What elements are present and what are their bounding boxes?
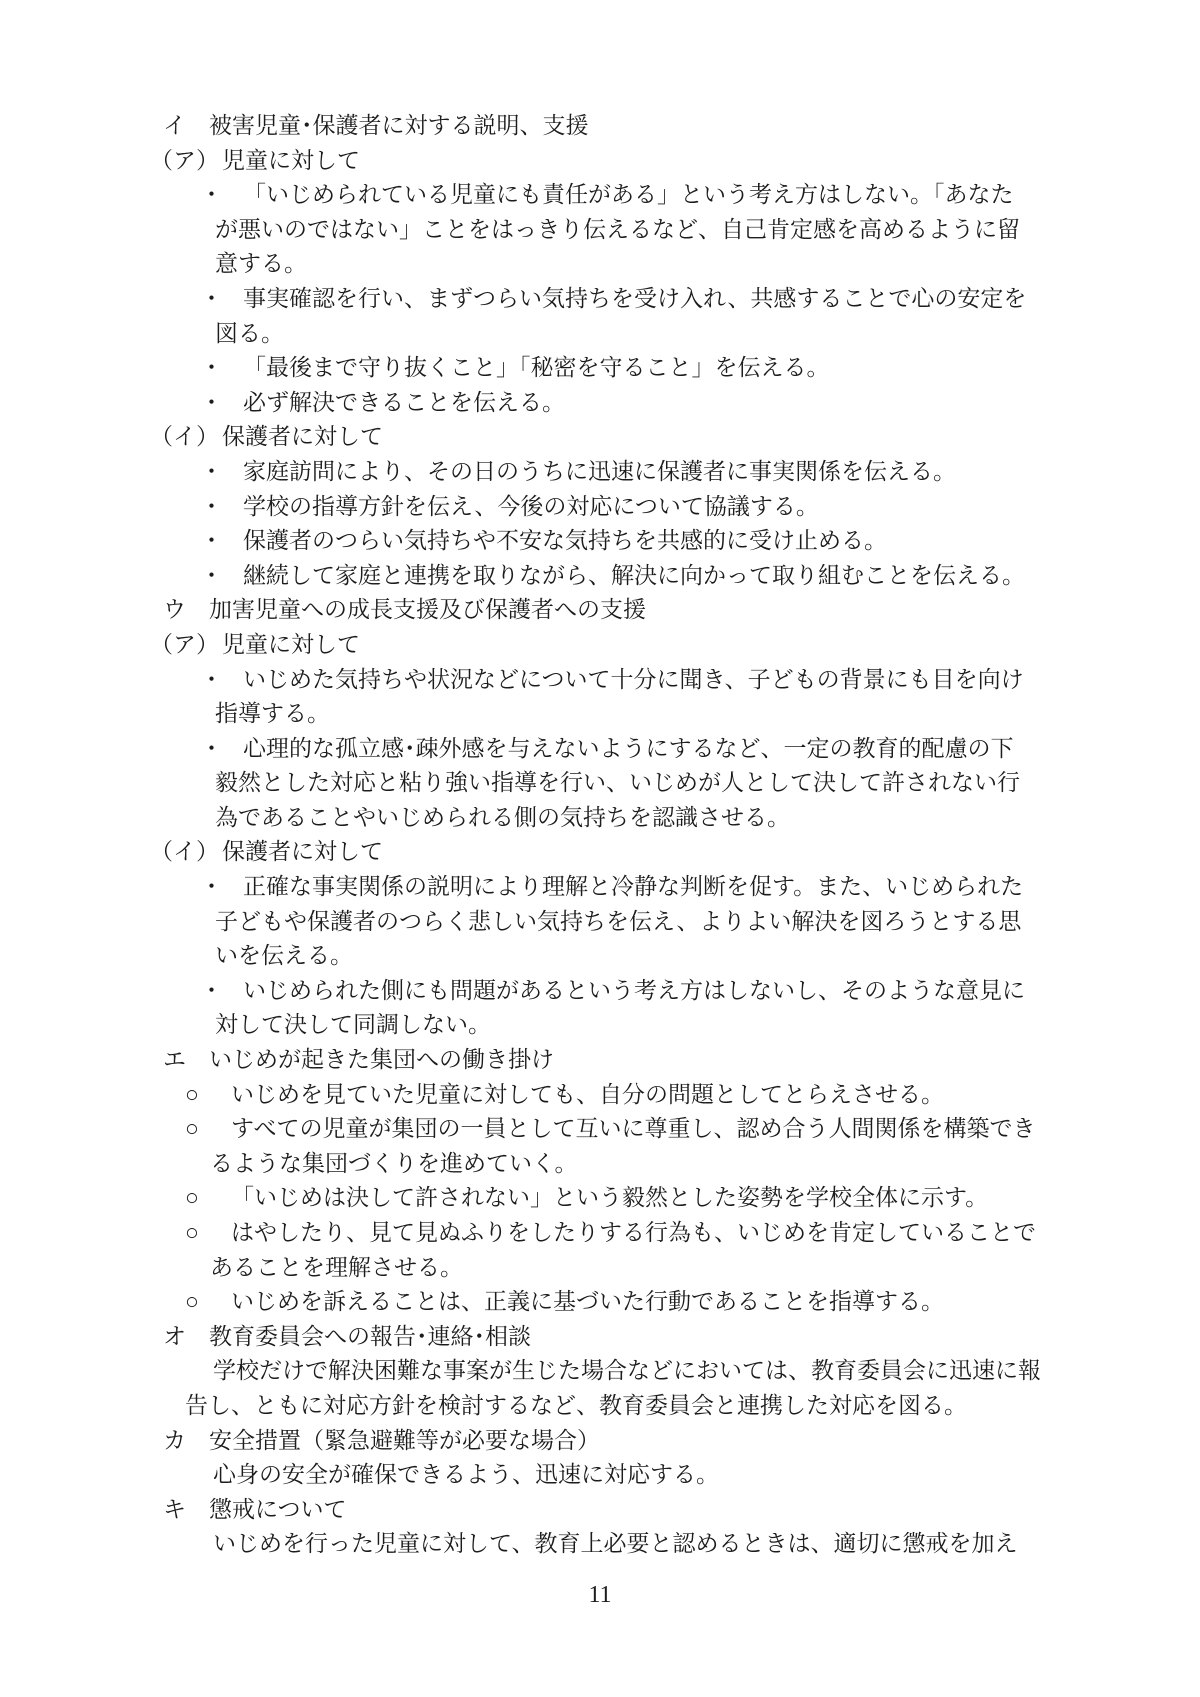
text-line: オ教育委員会への報告･連絡･相談 xyxy=(0,1320,1200,1355)
line-text: いじめが起きた集団への働き掛け xyxy=(209,1047,554,1072)
line-text: 家庭訪問により、その日のうちに迅速に保護者に事実関係を伝える。 xyxy=(243,459,956,484)
text-line: ○すべての児童が集団の一員として互いに尊重し、認め合う人間関係を構築でき xyxy=(0,1112,1200,1147)
line-text: るような集団づくりを進めていく。 xyxy=(210,1151,578,1176)
list-marker: ・ xyxy=(200,870,243,905)
list-marker: ○ xyxy=(185,1078,231,1113)
text-line: イ被害児童･保護者に対する説明、支援 xyxy=(0,109,1200,144)
text-line: 学校だけで解決困難な事案が生じた場合などにおいては、教育委員会に迅速に報 xyxy=(0,1354,1200,1389)
list-marker: ・ xyxy=(200,974,243,1009)
line-text: 学校の指導方針を伝え、今後の対応について協議する。 xyxy=(243,494,819,519)
text-line: ・保護者のつらい気持ちや不安な気持ちを共感的に受け止める。 xyxy=(0,524,1200,559)
list-marker: ○ xyxy=(185,1216,231,1251)
line-text: 学校だけで解決困難な事案が生じた場合などにおいては、教育委員会に迅速に報 xyxy=(213,1358,1041,1383)
line-text: いじめを見ていた児童に対しても、自分の問題としてとらえさせる。 xyxy=(231,1082,944,1107)
line-text: 意する。 xyxy=(215,251,307,276)
text-line: が悪いのではない」ことをはっきり伝えるなど、自己肯定感を高めるように留 xyxy=(0,213,1200,248)
text-line: 意する。 xyxy=(0,247,1200,282)
line-text: が悪いのではない」ことをはっきり伝えるなど、自己肯定感を高めるように留 xyxy=(215,217,1020,242)
text-line: ・必ず解決できることを伝える。 xyxy=(0,386,1200,421)
line-text: 「いじめは決して許されない」という毅然とした姿勢を学校全体に示す。 xyxy=(231,1185,988,1210)
text-line: ・「最後まで守り抜くこと」「秘密を守ること」を伝える。 xyxy=(0,351,1200,386)
text-line: ○いじめを見ていた児童に対しても、自分の問題としてとらえさせる。 xyxy=(0,1078,1200,1113)
list-marker: ・ xyxy=(200,178,243,213)
line-text: 事実確認を行い、まずつらい気持ちを受け入れ、共感することで心の安定を xyxy=(243,286,1026,311)
line-text: 教育委員会への報告･連絡･相談 xyxy=(209,1324,531,1349)
list-marker: （ア） xyxy=(150,144,219,179)
list-marker: （イ） xyxy=(150,420,219,455)
text-line: 図る。 xyxy=(0,317,1200,352)
line-text: はやしたり、見て見ぬふりをしたりする行為も、いじめを肯定していることで xyxy=(231,1220,1036,1245)
list-marker: ・ xyxy=(200,455,243,490)
line-text: 継続して家庭と連携を取りながら、解決に向かって取り組むことを伝える。 xyxy=(243,563,1025,588)
document-body: イ被害児童･保護者に対する説明、支援（ア）児童に対して・「いじめられている児童に… xyxy=(0,109,1200,1562)
text-line: ○「いじめは決して許されない」という毅然とした姿勢を学校全体に示す。 xyxy=(0,1181,1200,1216)
line-text: いじめた気持ちや状況などについて十分に聞き、子どもの背景にも目を向け xyxy=(243,667,1024,692)
text-line: （イ）保護者に対して xyxy=(0,420,1200,455)
text-line: ウ加害児童への成長支援及び保護者への支援 xyxy=(0,593,1200,628)
line-text: 児童に対して xyxy=(222,632,360,657)
line-text: 懲戒について xyxy=(209,1497,347,1522)
list-marker: イ xyxy=(163,109,209,144)
line-text: 告し、ともに対応方針を検討するなど、教育委員会と連携した対応を図る。 xyxy=(185,1393,967,1418)
line-text: 保護者に対して xyxy=(222,839,383,864)
line-text: 被害児童･保護者に対する説明、支援 xyxy=(209,113,589,138)
text-line: ○いじめを訴えることは、正義に基づいた行動であることを指導する。 xyxy=(0,1285,1200,1320)
text-line: 告し、ともに対応方針を検討するなど、教育委員会と連携した対応を図る。 xyxy=(0,1389,1200,1424)
line-text: いじめられた側にも問題があるという考え方はしないし、そのような意見に xyxy=(243,978,1025,1003)
text-line: るような集団づくりを進めていく。 xyxy=(0,1147,1200,1182)
list-marker: カ xyxy=(163,1424,209,1459)
list-marker: （ア） xyxy=(150,628,219,663)
document-page: イ被害児童･保護者に対する説明、支援（ア）児童に対して・「いじめられている児童に… xyxy=(0,0,1200,1697)
list-marker: ・ xyxy=(200,663,243,698)
text-line: ・いじめられた側にも問題があるという考え方はしないし、そのような意見に xyxy=(0,974,1200,1009)
line-text: 為であることやいじめられる側の気持ちを認識させる。 xyxy=(215,805,790,830)
list-marker: ○ xyxy=(185,1112,231,1147)
line-text: いじめを行った児童に対して、教育上必要と認めるときは、適切に懲戒を加え xyxy=(213,1531,1018,1556)
text-line: 子どもや保護者のつらく悲しい気持ちを伝え、よりよい解決を図ろうとする思 xyxy=(0,905,1200,940)
text-line: 心身の安全が確保できるよう、迅速に対応する。 xyxy=(0,1458,1200,1493)
page-number: 11 xyxy=(0,1580,1200,1610)
line-text: 「いじめられている児童にも責任がある」という考え方はしない。「あなた xyxy=(243,182,1014,207)
list-marker: ・ xyxy=(200,490,243,525)
line-text: 安全措置（緊急避難等が必要な場合） xyxy=(209,1428,600,1453)
list-marker: キ xyxy=(163,1493,209,1528)
line-text: いじめを訴えることは、正義に基づいた行動であることを指導する。 xyxy=(231,1289,944,1314)
text-line: キ懲戒について xyxy=(0,1493,1200,1528)
line-text: 正確な事実関係の説明により理解と冷静な判断を促す。また、いじめられた xyxy=(243,874,1023,899)
text-line: ・学校の指導方針を伝え、今後の対応について協議する。 xyxy=(0,490,1200,525)
text-line: 対して決して同調しない。 xyxy=(0,1008,1200,1043)
line-text: 心身の安全が確保できるよう、迅速に対応する。 xyxy=(213,1462,719,1487)
text-line: ・正確な事実関係の説明により理解と冷静な判断を促す。また、いじめられた xyxy=(0,870,1200,905)
line-text: 指導する。 xyxy=(215,701,330,726)
text-line: ・いじめた気持ちや状況などについて十分に聞き、子どもの背景にも目を向け xyxy=(0,663,1200,698)
line-text: 心理的な孤立感･疎外感を与えないようにするなど、一定の教育的配慮の下 xyxy=(243,736,1014,761)
line-text: 対して決して同調しない。 xyxy=(215,1012,491,1037)
list-marker: エ xyxy=(163,1043,209,1078)
line-text: すべての児童が集団の一員として互いに尊重し、認め合う人間関係を構築でき xyxy=(231,1116,1036,1141)
line-text: 児童に対して xyxy=(222,148,360,173)
text-line: ・家庭訪問により、その日のうちに迅速に保護者に事実関係を伝える。 xyxy=(0,455,1200,490)
list-marker: ウ xyxy=(163,593,209,628)
list-marker: ・ xyxy=(200,351,243,386)
line-text: 加害児童への成長支援及び保護者への支援 xyxy=(209,597,646,622)
text-line: ・「いじめられている児童にも責任がある」という考え方はしない。「あなた xyxy=(0,178,1200,213)
text-line: いを伝える。 xyxy=(0,939,1200,974)
list-marker: （イ） xyxy=(150,835,219,870)
list-marker: ・ xyxy=(200,559,243,594)
text-line: 毅然とした対応と粘り強い指導を行い、いじめが人として決して許されない行 xyxy=(0,766,1200,801)
line-text: あることを理解させる。 xyxy=(210,1255,463,1280)
line-text: 保護者に対して xyxy=(222,424,383,449)
line-text: 保護者のつらい気持ちや不安な気持ちを共感的に受け止める。 xyxy=(243,528,887,553)
line-text: 「最後まで守り抜くこと」「秘密を守ること」を伝える。 xyxy=(243,355,830,380)
text-line: （ア）児童に対して xyxy=(0,144,1200,179)
text-line: ○はやしたり、見て見ぬふりをしたりする行為も、いじめを肯定していることで xyxy=(0,1216,1200,1251)
list-marker: ・ xyxy=(200,282,243,317)
list-marker: ○ xyxy=(185,1181,231,1216)
list-marker: ・ xyxy=(200,732,243,767)
line-text: 図る。 xyxy=(215,321,284,346)
list-marker: オ xyxy=(163,1320,209,1355)
text-line: （ア）児童に対して xyxy=(0,628,1200,663)
line-text: 毅然とした対応と粘り強い指導を行い、いじめが人として決して許されない行 xyxy=(215,770,1020,795)
text-line: いじめを行った児童に対して、教育上必要と認めるときは、適切に懲戒を加え xyxy=(0,1527,1200,1562)
text-line: カ安全措置（緊急避難等が必要な場合） xyxy=(0,1424,1200,1459)
text-line: ・心理的な孤立感･疎外感を与えないようにするなど、一定の教育的配慮の下 xyxy=(0,732,1200,767)
list-marker: ・ xyxy=(200,524,243,559)
text-line: エいじめが起きた集団への働き掛け xyxy=(0,1043,1200,1078)
text-line: （イ）保護者に対して xyxy=(0,835,1200,870)
text-line: ・継続して家庭と連携を取りながら、解決に向かって取り組むことを伝える。 xyxy=(0,559,1200,594)
text-line: 為であることやいじめられる側の気持ちを認識させる。 xyxy=(0,801,1200,836)
text-line: あることを理解させる。 xyxy=(0,1251,1200,1286)
line-text: 必ず解決できることを伝える。 xyxy=(243,390,565,415)
line-text: いを伝える。 xyxy=(215,943,353,968)
list-marker: ・ xyxy=(200,386,243,421)
text-line: ・事実確認を行い、まずつらい気持ちを受け入れ、共感することで心の安定を xyxy=(0,282,1200,317)
text-line: 指導する。 xyxy=(0,697,1200,732)
list-marker: ○ xyxy=(185,1285,231,1320)
line-text: 子どもや保護者のつらく悲しい気持ちを伝え、よりよい解決を図ろうとする思 xyxy=(215,909,1021,934)
